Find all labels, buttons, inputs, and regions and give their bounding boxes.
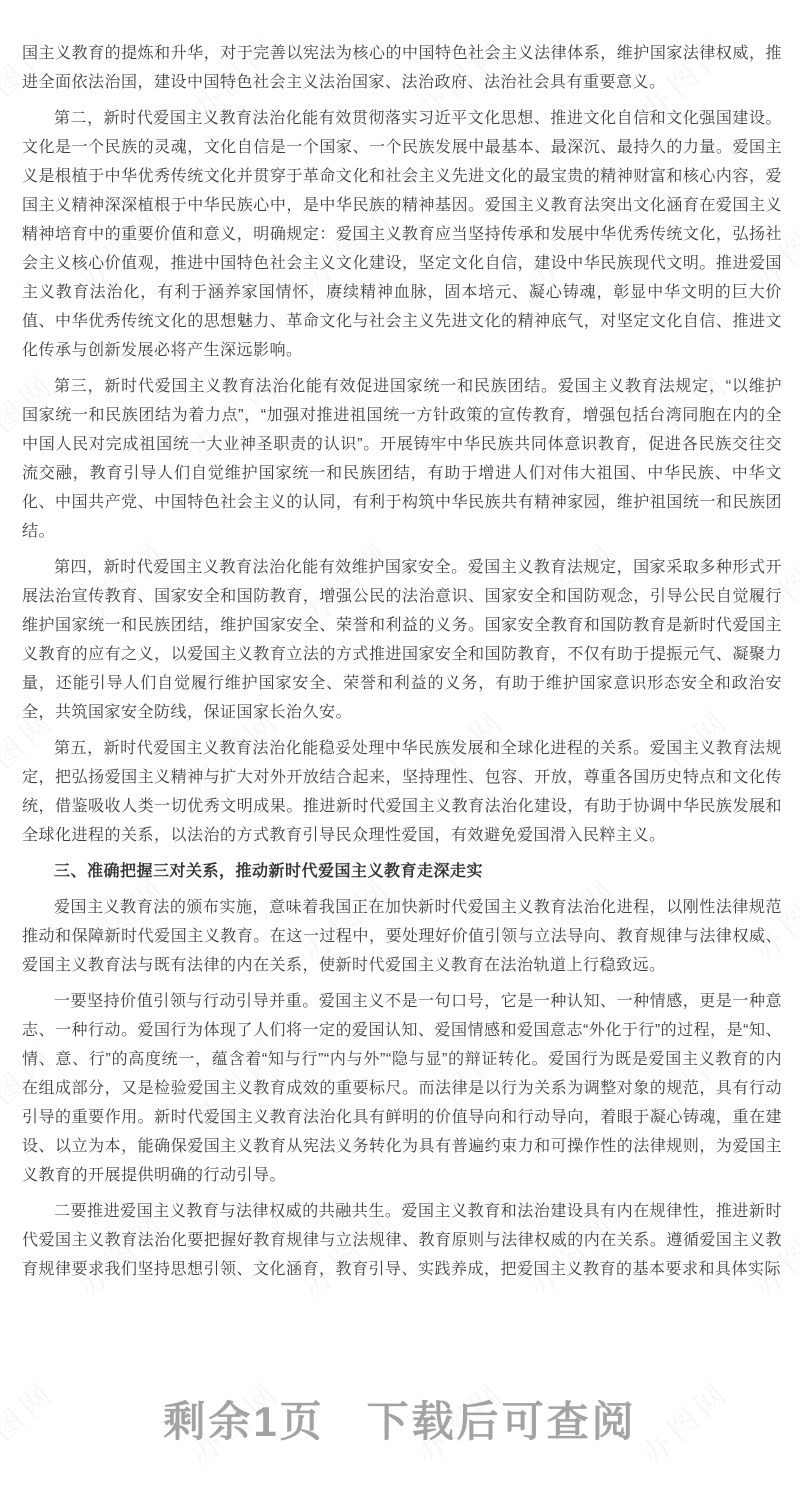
- paragraph: 第三，新时代爱国主义教育法治化能有效促进国家统一和民族团结。爱国主义教育法规定，…: [22, 372, 782, 546]
- remaining-pages-label: 剩余1页: [163, 1389, 324, 1449]
- paragraph: 第五，新时代爱国主义教育法治化能稳妥处理中华民族发展和全球化进程的关系。爱国主义…: [22, 734, 782, 850]
- article-body: 国主义教育的提炼和升华，对于完善以宪法为核心的中国特色社会主义法律体系，维护国家…: [22, 39, 782, 1291]
- paragraph: 国主义教育的提炼和升华，对于完善以宪法为核心的中国特色社会主义法律体系，维护国家…: [22, 39, 782, 97]
- document-page: 办图网办图网办图网办图网办图网办图网办图网办图网办图网办图网办图网办图网办图网办…: [0, 0, 800, 1494]
- paragraph: 爱国主义教育法的颁布实施，意味着我国正在加快新时代爱国主义教育法治化进程，以刚性…: [22, 893, 782, 980]
- paragraph: 一要坚持价值引领与行动引导并重。爱国主义不是一句口号，它是一种认知、一种情感，更…: [22, 987, 782, 1190]
- download-hint-label: 下载后可查阅: [367, 1389, 637, 1449]
- section-heading: 三、准确把握三对关系，推动新时代爱国主义教育走深走实: [22, 857, 782, 886]
- footer-banner: 剩余1页 下载后可查阅: [0, 1389, 800, 1449]
- paragraph: 第四，新时代爱国主义教育法治化能有效维护国家安全。爱国主义教育法规定，国家采取多…: [22, 553, 782, 727]
- paragraph: 二要推进爱国主义教育与法律权威的共融共生。爱国主义教育和法治建设具有内在规律性，…: [22, 1197, 782, 1284]
- paragraph: 第二，新时代爱国主义教育法治化能有效贯彻落实习近平文化思想、推进文化自信和文化强…: [22, 104, 782, 365]
